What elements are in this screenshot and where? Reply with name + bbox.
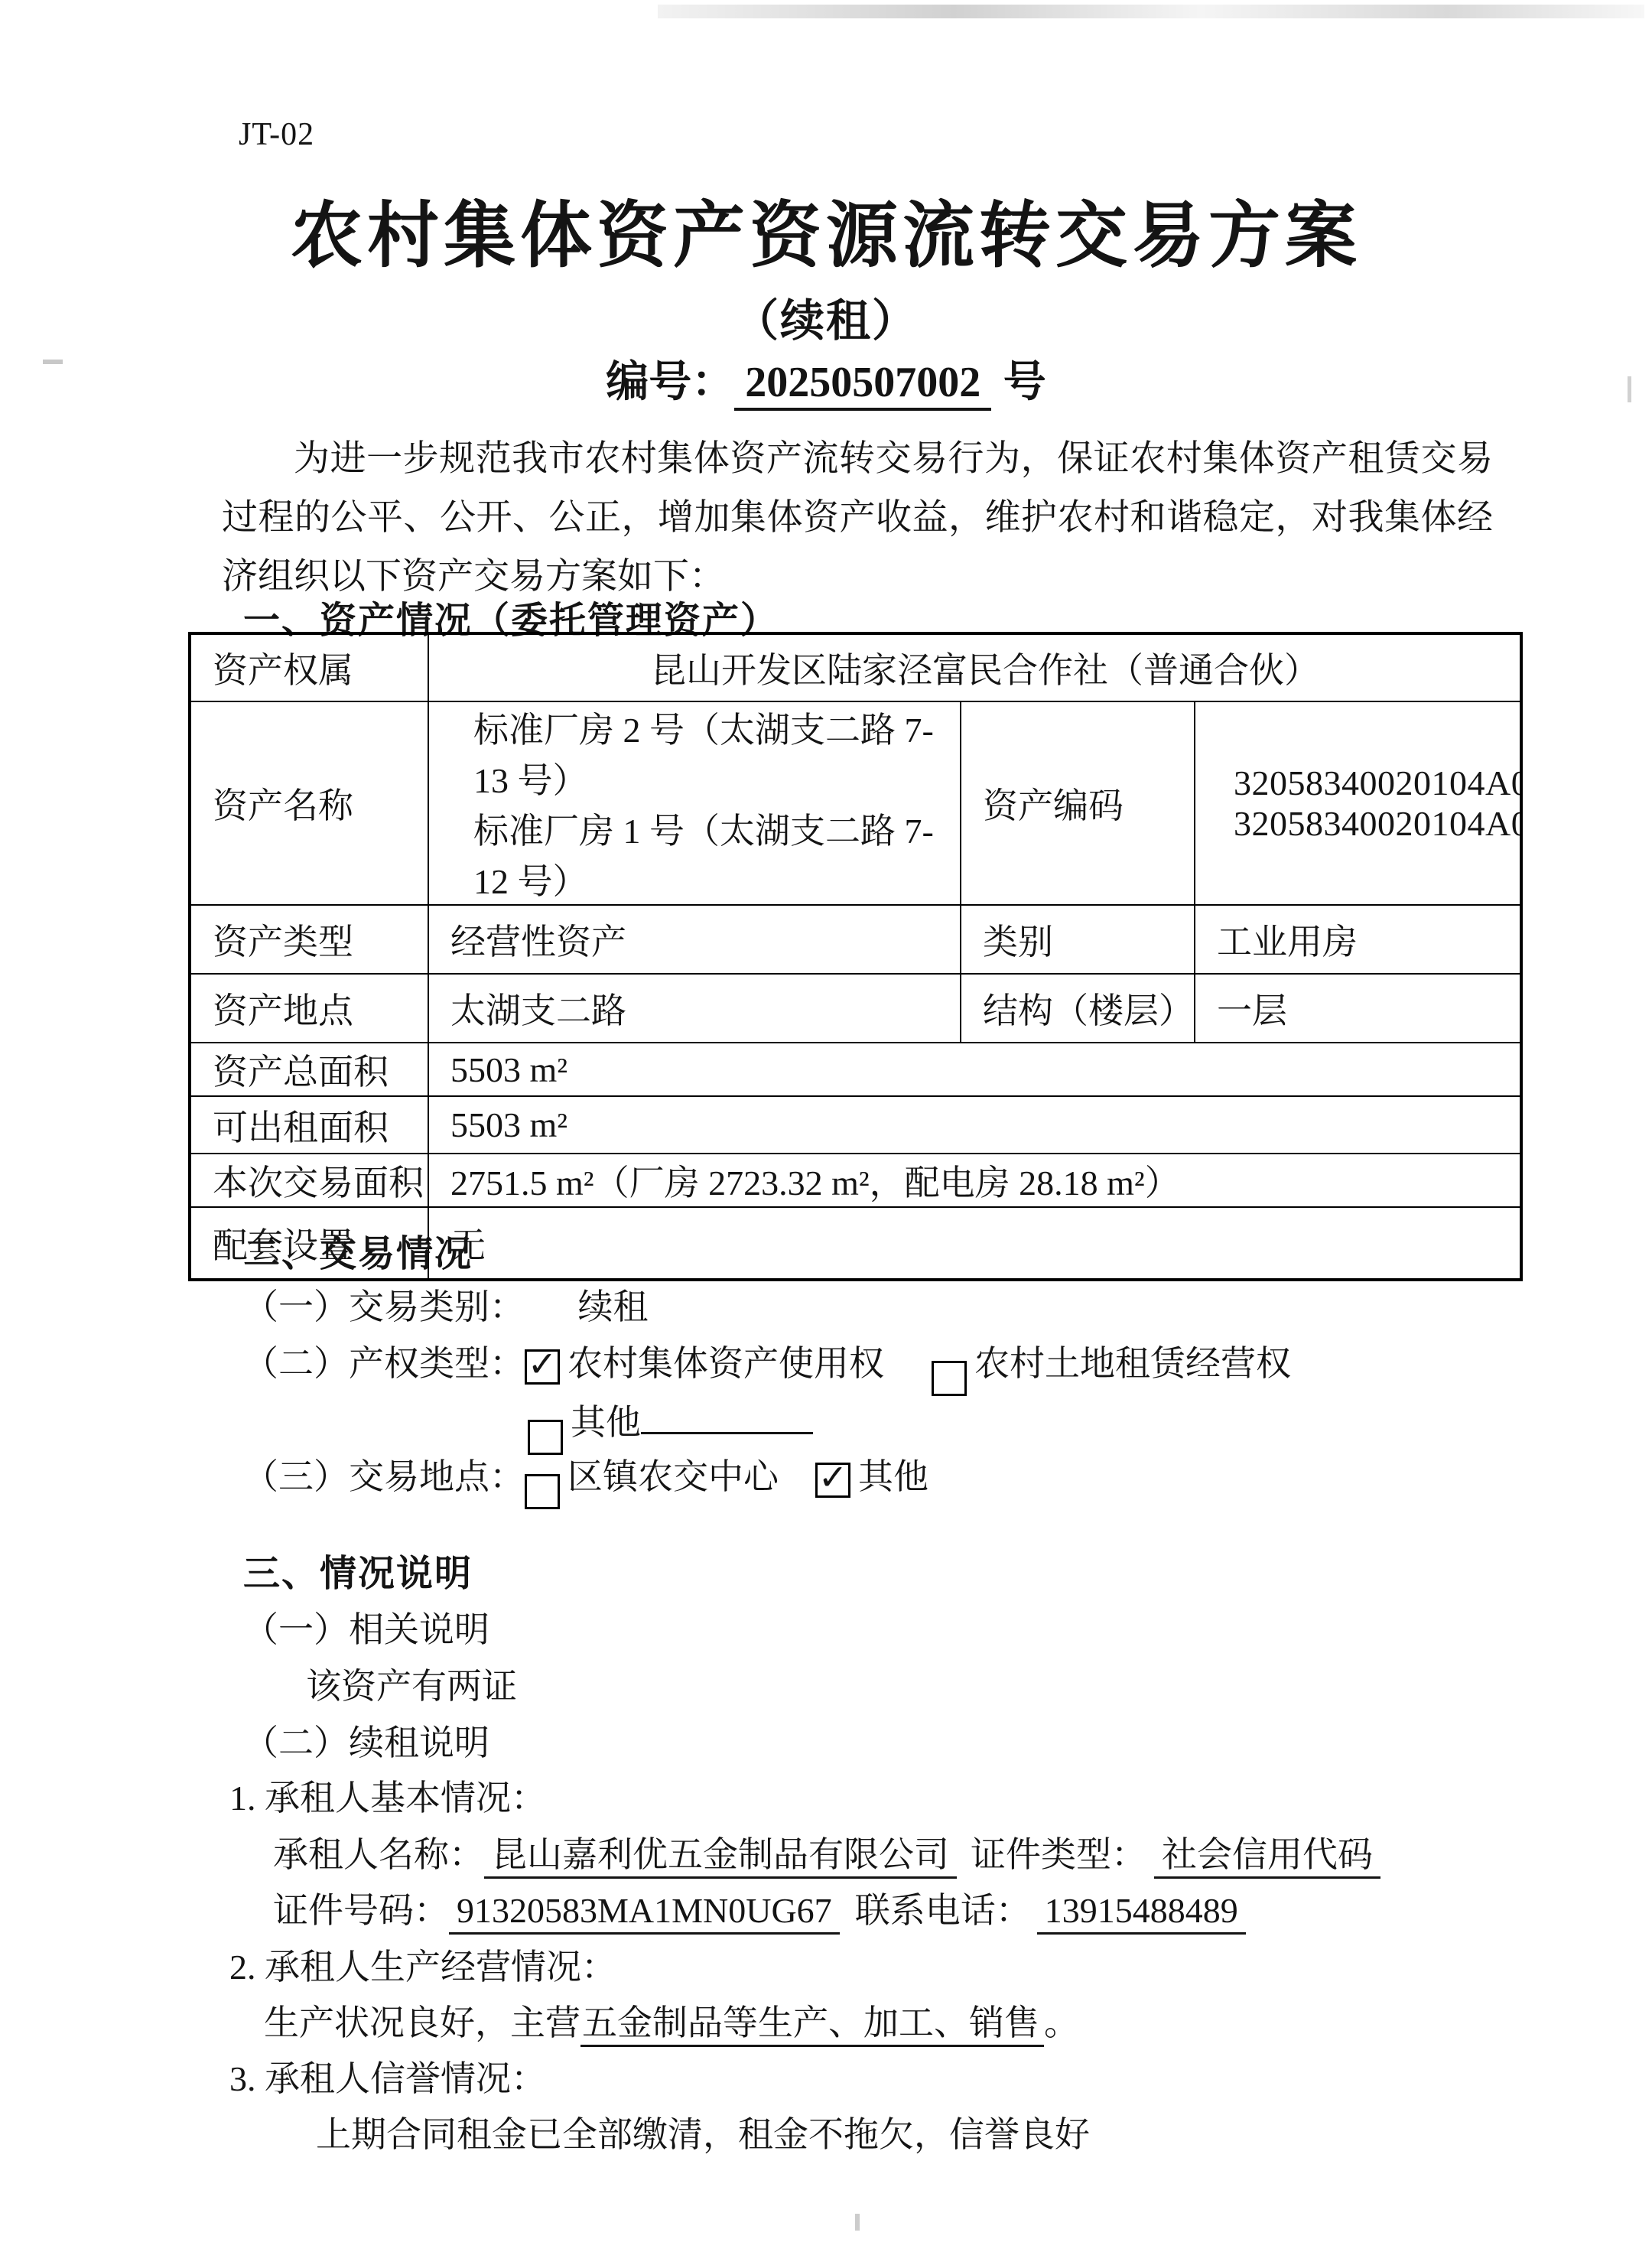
table-row: 资产名称 标准厂房 2 号（太湖支二路 7-13 号） 标准厂房 1 号（太湖支… bbox=[190, 701, 1521, 905]
property-type-line: （二）产权类型：✓农村集体资产使用权农村土地租赁经营权 bbox=[243, 1336, 1291, 1396]
total-area-label: 资产总面积 bbox=[190, 1043, 428, 1096]
page-title: 农村集体资产资源流转交易方案 bbox=[0, 177, 1652, 281]
doc-number-line: 编号：20250507002 号 bbox=[0, 348, 1652, 409]
blank-underline bbox=[641, 1392, 813, 1434]
checkbox-checked-icon: ✓ bbox=[525, 1349, 560, 1385]
asset-owner-value: 昆山开发区陆家泾富民合作社（普通合伙） bbox=[428, 633, 1521, 701]
asset-owner-label: 资产权属 bbox=[190, 633, 428, 701]
related-note-heading: （一）相关说明 bbox=[243, 1602, 489, 1652]
business-suffix: 。 bbox=[1044, 2003, 1079, 2042]
asset-name-value: 标准厂房 2 号（太湖支二路 7-13 号） 标准厂房 1 号（太湖支二路 7-… bbox=[428, 701, 961, 905]
checkbox-checked-icon: ✓ bbox=[815, 1463, 850, 1498]
renter-basic-title: 1. 承租人基本情况： bbox=[229, 1770, 546, 1821]
asset-name-label: 资产名称 bbox=[190, 701, 428, 905]
rentable-area-label: 可出租面积 bbox=[190, 1096, 428, 1154]
rentable-area-value: 5503 m² bbox=[428, 1096, 1521, 1154]
scan-artifact bbox=[855, 2214, 860, 2231]
renter-name-label: 承租人名称： bbox=[273, 1835, 484, 1874]
doc-number-value: 20250507002 bbox=[734, 359, 991, 411]
document-page: JT-02 农村集体资产资源流转交易方案 （续租） 编号：20250507002… bbox=[0, 0, 1652, 2265]
asset-code-line2: 32058340020104A0120210001 bbox=[1234, 803, 1520, 844]
category-value: 工业用房 bbox=[1195, 905, 1521, 974]
phone-value: 13915488489 bbox=[1037, 1891, 1246, 1935]
structure-value: 一层 bbox=[1195, 974, 1521, 1043]
table-row: 资产类型 经营性资产 类别 工业用房 bbox=[190, 905, 1521, 974]
business-title: 2. 承租人生产经营情况： bbox=[229, 1939, 616, 1990]
structure-label: 结构（楼层） bbox=[961, 974, 1195, 1043]
property-type-label: （二）产权类型： bbox=[243, 1344, 525, 1383]
total-area-value: 5503 m² bbox=[428, 1043, 1521, 1096]
property-type-other-line: 其他 bbox=[528, 1392, 813, 1455]
section2-heading: 二、交易情况 bbox=[243, 1224, 473, 1277]
deal-area-value: 2751.5 m²（厂房 2723.32 m²，配电房 28.18 m²） bbox=[428, 1154, 1521, 1207]
asset-table: 资产权属 昆山开发区陆家泾富民合作社（普通合伙） 资产名称 标准厂房 2 号（太… bbox=[188, 632, 1523, 1281]
table-row: 资产地点 太湖支二路 结构（楼层） 一层 bbox=[190, 974, 1521, 1043]
doc-number-prefix: 编号： bbox=[606, 357, 734, 405]
deal-area-label: 本次交易面积 bbox=[190, 1154, 428, 1207]
asset-type-label: 资产类型 bbox=[190, 905, 428, 974]
option-town-center: 区镇农交中心 bbox=[525, 1457, 779, 1496]
intro-paragraph: 为进一步规范我市农村集体资产流转交易行为，保证农村集体资产租赁交易过程的公平、公… bbox=[222, 430, 1493, 607]
table-row: 资产总面积 5503 m² bbox=[190, 1043, 1521, 1096]
deal-place-line: （三）交易地点：区镇农交中心✓其他 bbox=[243, 1449, 928, 1509]
renter-name-value: 昆山嘉利优五金制品有限公司 bbox=[484, 1835, 957, 1879]
form-code: JT-02 bbox=[239, 116, 314, 153]
option-other: 其他 bbox=[528, 1403, 641, 1442]
option-rural-land-right: 农村土地租赁经营权 bbox=[932, 1344, 1291, 1383]
cert-type-label: 证件类型： bbox=[971, 1835, 1146, 1874]
checkbox-unchecked-icon bbox=[525, 1474, 560, 1509]
deal-place-label: （三）交易地点： bbox=[243, 1457, 525, 1496]
facility-value: 无 bbox=[428, 1207, 1521, 1280]
asset-type-value: 经营性资产 bbox=[428, 905, 961, 974]
deal-type-label: （一）交易类别： bbox=[243, 1287, 525, 1326]
asset-name-line2: 标准厂房 1 号（太湖支二路 7-12 号） bbox=[473, 803, 960, 904]
deal-type-line: （一）交易类别： 续租 bbox=[243, 1279, 649, 1329]
location-label: 资产地点 bbox=[190, 974, 428, 1043]
page-subtitle: （续租） bbox=[0, 285, 1652, 349]
asset-code-label: 资产编码 bbox=[961, 701, 1195, 905]
cert-type-value: 社会信用代码 bbox=[1154, 1835, 1380, 1879]
business-line: 生产状况良好，主营五金制品等生产、加工、销售。 bbox=[264, 1995, 1079, 2045]
asset-name-line1: 标准厂房 2 号（太湖支二路 7-13 号） bbox=[473, 702, 960, 803]
phone-label: 联系电话： bbox=[855, 1891, 1031, 1930]
cert-no-label: 证件号码： bbox=[273, 1891, 449, 1930]
option-place-other: ✓其他 bbox=[815, 1457, 928, 1496]
deal-type-value: 续租 bbox=[578, 1287, 649, 1326]
credit-text: 上期合同租金已全部缴清，租金不拖欠，信誉良好 bbox=[316, 2107, 1090, 2157]
section3-heading: 三、情况说明 bbox=[243, 1544, 473, 1596]
scan-artifact bbox=[658, 5, 1644, 18]
option-collective-asset-right: ✓农村集体资产使用权 bbox=[525, 1344, 884, 1383]
doc-number-suffix: 号 bbox=[991, 357, 1046, 405]
cert-no-line: 证件号码：91320583MA1MN0UG67联系电话：13915488489 bbox=[273, 1883, 1246, 1933]
credit-title: 3. 承租人信誉情况： bbox=[229, 2051, 546, 2101]
cert-no-value: 91320583MA1MN0UG67 bbox=[449, 1891, 840, 1935]
asset-code-value: 32058340020104A0120210002 32058340020104… bbox=[1195, 701, 1521, 905]
business-underlined: 五金制品等生产、加工、销售 bbox=[580, 2003, 1044, 2047]
renter-name-line: 承租人名称：昆山嘉利优五金制品有限公司证件类型：社会信用代码 bbox=[273, 1827, 1380, 1877]
location-value: 太湖支二路 bbox=[428, 974, 961, 1043]
table-row: 可出租面积 5503 m² bbox=[190, 1096, 1521, 1154]
related-note-text: 该资产有两证 bbox=[306, 1658, 517, 1709]
business-prefix: 生产状况良好，主营 bbox=[264, 2003, 580, 2042]
table-row: 资产权属 昆山开发区陆家泾富民合作社（普通合伙） bbox=[190, 633, 1521, 701]
table-row: 本次交易面积 2751.5 m²（厂房 2723.32 m²，配电房 28.18… bbox=[190, 1154, 1521, 1207]
category-label: 类别 bbox=[961, 905, 1195, 974]
asset-code-line1: 32058340020104A0120210002 bbox=[1234, 763, 1520, 803]
checkbox-unchecked-icon bbox=[932, 1361, 967, 1396]
renew-note-heading: （二）续租说明 bbox=[243, 1715, 489, 1765]
